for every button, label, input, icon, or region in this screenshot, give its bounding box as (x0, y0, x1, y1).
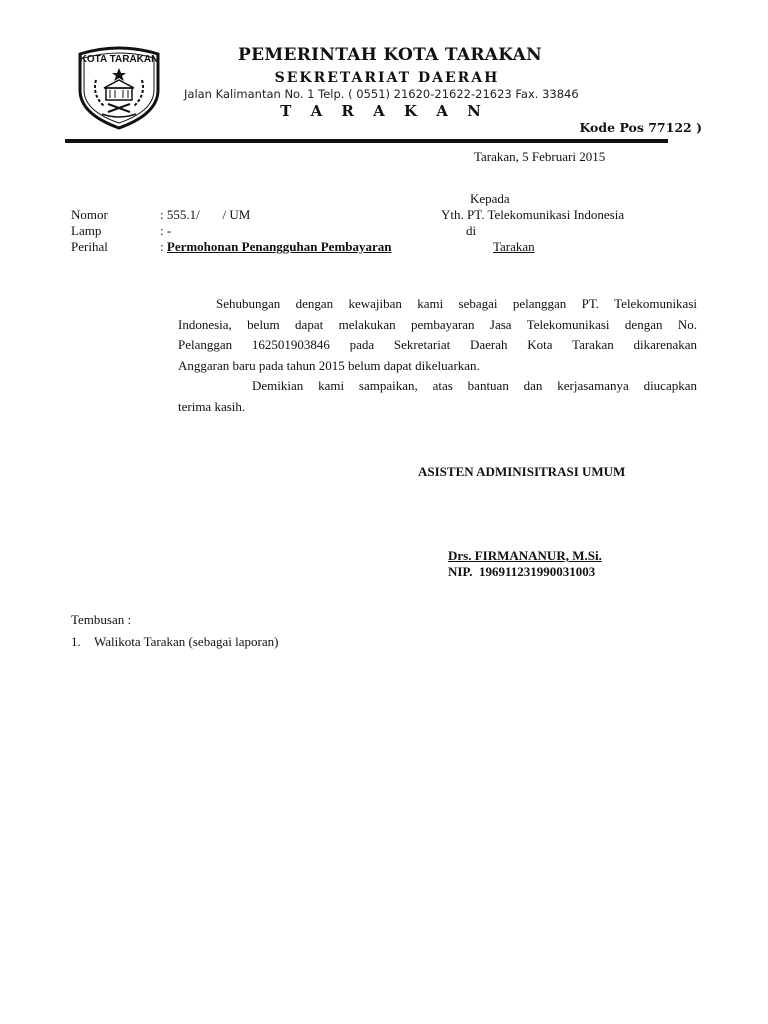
recipient-di: di (466, 223, 476, 239)
meta-colon: : (160, 239, 167, 254)
body-line: Pelanggan 162501903846 pada Sekretariat … (178, 335, 697, 356)
letterhead-address: Jalan Kalimantan No. 1 Telp. ( 0551) 216… (184, 87, 579, 101)
letter-date: Tarakan, 5 Februari 2015 (474, 149, 605, 165)
body-paragraph-1: Sehubungan dengan kewajiban kami sebagai… (178, 294, 697, 376)
letterhead-subtitle: SEKRETARIAT DAERAH (0, 70, 768, 86)
signature-nip: NIP. 196911231990031003 (448, 564, 595, 580)
signature-position: ASISTEN ADMINISITRASI UMUM (418, 464, 625, 480)
letterhead-city: T A R A K A N (0, 102, 768, 120)
letterhead-postal-code: Kode Pos 77122 ) (579, 120, 702, 135)
meta-value-perihal: : Permohonan Penangguhan Pembayaran (160, 239, 392, 255)
recipient-kepada: Kepada (470, 191, 510, 207)
meta-value-lamp: : - (160, 223, 171, 239)
cc-label: Tembusan : (71, 612, 131, 628)
cc-item-text: Walikota Tarakan (sebagai laporan) (94, 634, 278, 650)
body-line: Anggaran baru pada tahun 2015 belum dapa… (178, 356, 697, 377)
letterhead-divider (65, 139, 668, 143)
cc-item-number: 1. (71, 634, 81, 650)
meta-label-perihal: Perihal (71, 239, 108, 255)
body-line: Demikian kami sampaikan, atas bantuan da… (178, 376, 697, 397)
letterhead-title: PEMERINTAH KOTA TARAKAN (0, 45, 768, 65)
recipient-name: Yth. PT. Telekomunikasi Indonesia (441, 207, 624, 223)
body-line: Indonesia, belum dapat melakukan pembaya… (178, 315, 697, 336)
body-paragraph-2: Demikian kami sampaikan, atas bantuan da… (178, 376, 697, 417)
body-line: Sehubungan dengan kewajiban kami sebagai… (178, 294, 697, 315)
meta-label-nomor: Nomor (71, 207, 108, 223)
meta-label-lamp: Lamp (71, 223, 101, 239)
subject-text: Permohonan Penangguhan Pembayaran (167, 239, 392, 254)
signature-name: Drs. FIRMANANUR, M.Si. (448, 548, 602, 564)
meta-value-nomor: : 555.1/ / UM (160, 207, 250, 223)
recipient-place: Tarakan (493, 239, 535, 255)
body-line: terima kasih. (178, 397, 697, 418)
